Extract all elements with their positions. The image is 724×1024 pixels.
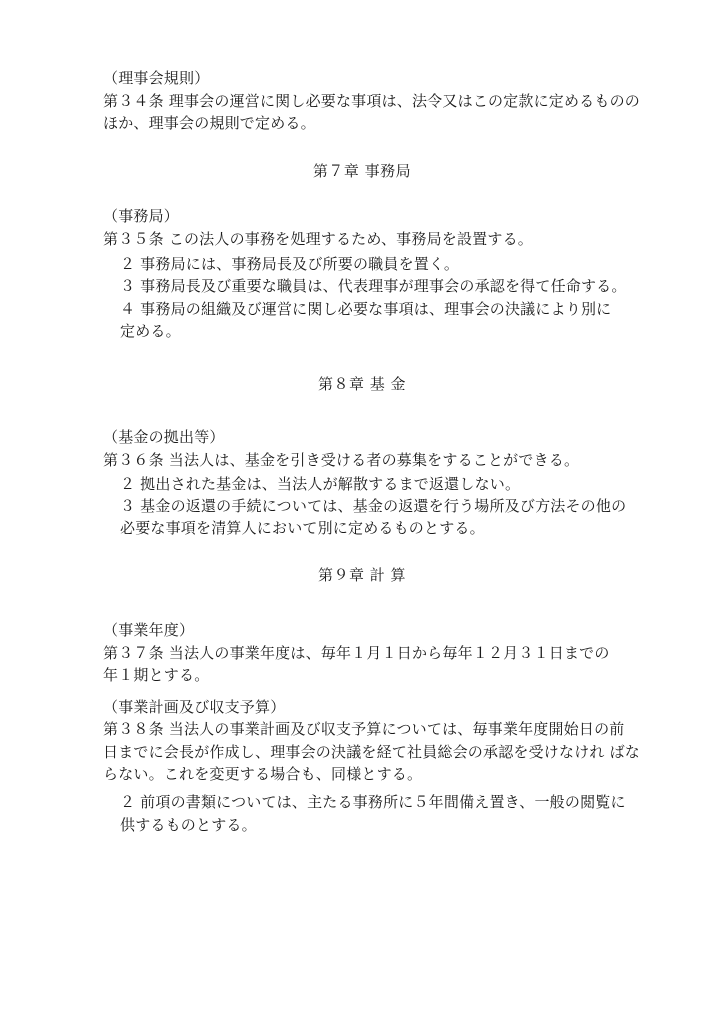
article-34-line-2: ほか、理事会の規則で定める。 [103, 113, 316, 133]
chapter-7-heading: 第７章 事務局 [0, 161, 724, 181]
article-35-caption: （事務局） [103, 206, 179, 226]
article-36-line-1: 第３６条 当法人は、基金を引き受ける者の募集をすることができる。 [103, 450, 579, 470]
article-37-line-1: 第３７条 当法人の事業年度は、毎年１月１日から毎年１２月３１日までの [103, 643, 610, 663]
article-38-line-2: 日までに会長が作成し、理事会の決議を経て社員総会の承認を受けなけれ ばな [103, 742, 640, 762]
article-37-caption: （事業年度） [103, 620, 194, 640]
article-36-paragraph-3-line-2: 必要な事項を清算人において別に定めるものとする。 [120, 518, 485, 538]
article-35-paragraph-4-line-2: 定める。 [120, 321, 181, 341]
article-35-paragraph-3: ３ 事務局長及び重要な職員は、代表理事が理事会の承認を得て任命する。 [120, 276, 627, 296]
article-38-line-3: らない。これを変更する場合も、同様とする。 [103, 764, 422, 784]
article-38-paragraph-2-line-2: 供するものとする。 [120, 815, 257, 835]
article-36-paragraph-2: ２ 拠出された基金は、当法人が解散するまで返還しない。 [120, 474, 520, 494]
article-34-line-1: 第３４条 理事会の運営に関し必要な事項は、法令又はこの定款に定めるものの [103, 91, 640, 111]
article-38-caption: （事業計画及び収支予算） [103, 697, 285, 717]
article-35-paragraph-2: ２ 事務局には、事務局長及び所要の職員を置く。 [120, 254, 459, 274]
article-36-caption: （基金の拠出等） [103, 427, 225, 447]
article-35-paragraph-4-line-1: ４ 事務局の組織及び運営に関し必要な事項は、理事会の決議により別に [120, 299, 611, 319]
article-35-line-1: 第３５条 この法人の事務を処理するため、事務局を設置する。 [103, 229, 533, 249]
article-34-caption: （理事会規則） [103, 68, 209, 88]
article-38-paragraph-2-line-1: ２ 前項の書類については、主たる事務所に５年間備え置き、一般の閲覧に [120, 792, 626, 812]
chapter-9-heading: 第９章 計 算 [0, 565, 724, 585]
chapter-8-heading: 第８章 基 金 [0, 374, 724, 394]
article-36-paragraph-3-line-1: ３ 基金の返還の手続については、基金の返還を行う場所及び方法その他の [120, 496, 626, 516]
article-37-line-2: 年１期とする。 [103, 665, 209, 685]
article-38-line-1: 第３８条 当法人の事業計画及び収支予算については、毎事業年度開始日の前 [103, 719, 624, 739]
document-page: （理事会規則） 第３４条 理事会の運営に関し必要な事項は、法令又はこの定款に定め… [0, 0, 724, 1024]
